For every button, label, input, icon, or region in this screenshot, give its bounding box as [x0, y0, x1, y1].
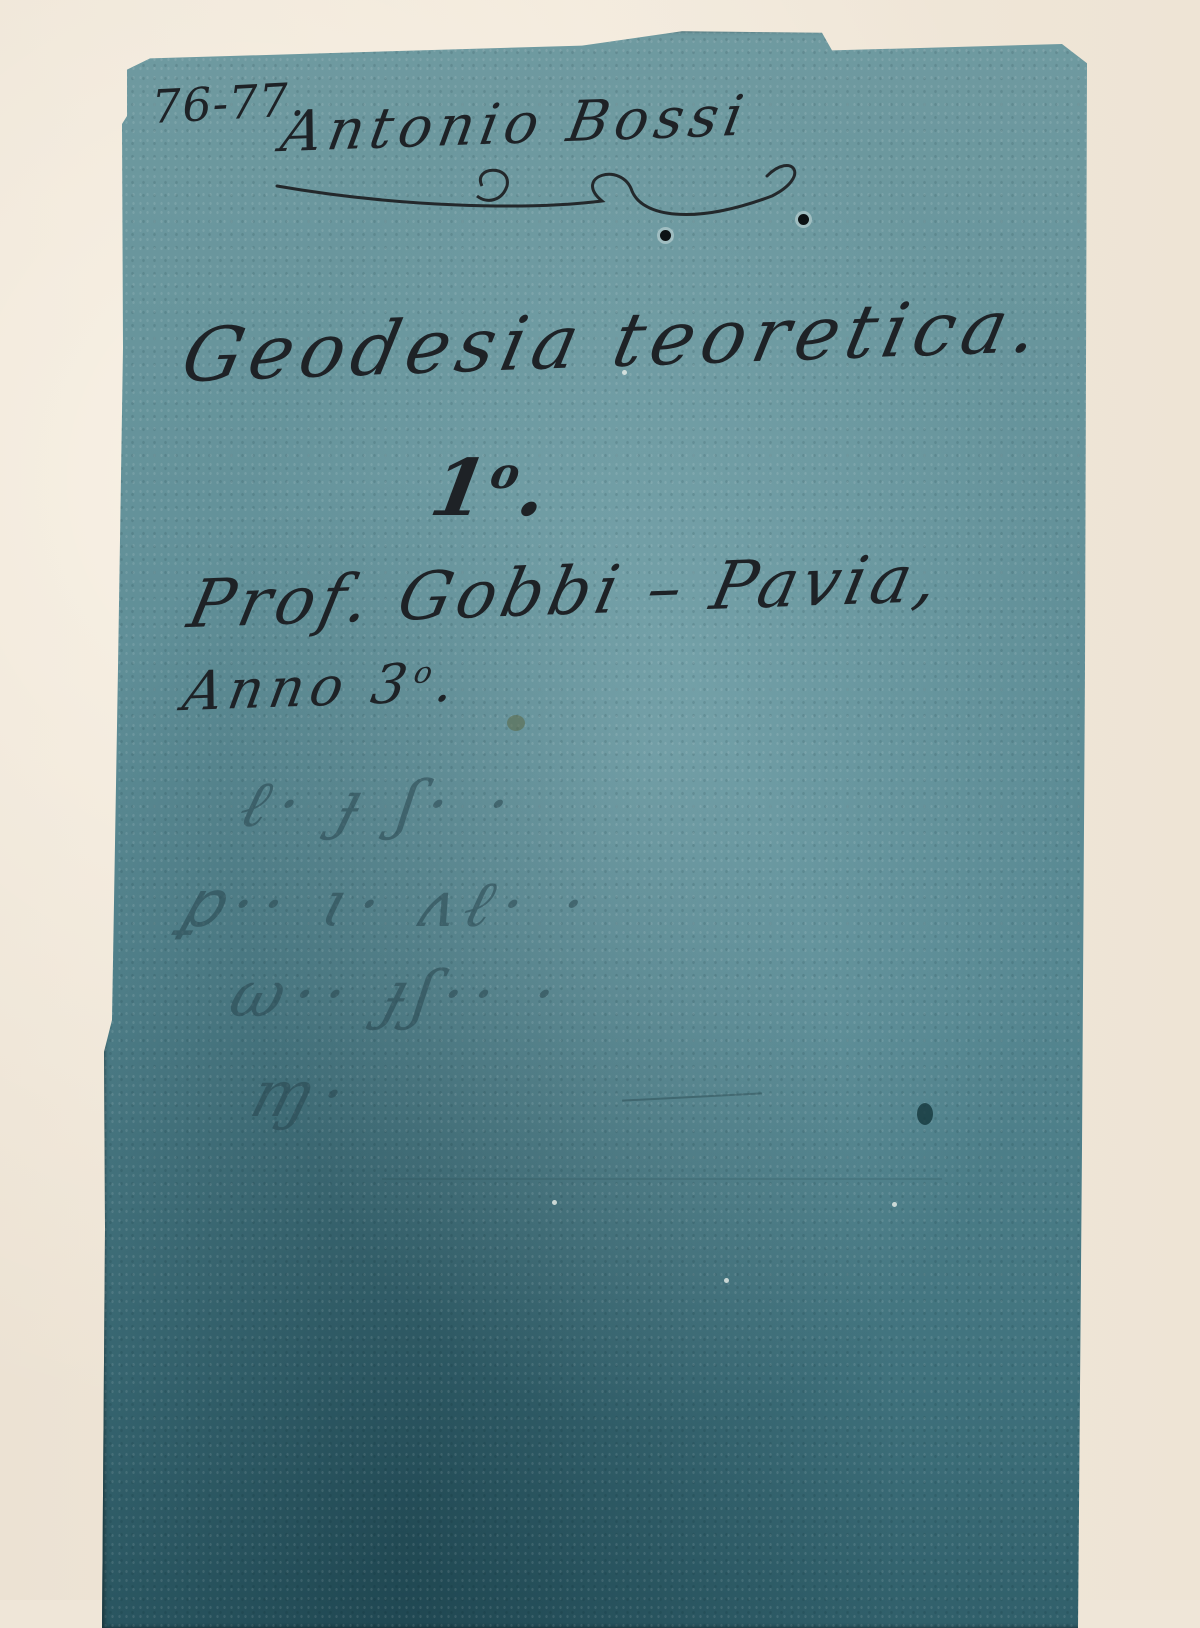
paper-speck [622, 370, 627, 375]
academic-year: Anno 3o. [178, 650, 465, 723]
signature-flourish-icon [272, 156, 802, 236]
paper-speck [724, 1278, 729, 1283]
ink-stain [917, 1103, 933, 1125]
faded-pencil-note: ɱ· [241, 1058, 363, 1132]
faded-pencil-note: ꝑ·· ɩ· ʌℓ· · [171, 868, 604, 942]
paper-speck [892, 1202, 897, 1207]
binding-hole [660, 230, 671, 241]
year-text: Anno 3 [178, 652, 418, 723]
binding-hole [798, 214, 809, 225]
paper-speck [552, 1200, 557, 1205]
pencil-underline [382, 1178, 942, 1180]
notebook-cover: 76-77. Antonio Bossi Geodesia teoretica.… [102, 28, 1102, 1600]
volume-number: 1o. [424, 443, 556, 534]
faded-pencil-note: ω·· ɟʃ·· · [221, 958, 574, 1032]
faded-pencil-note: ℓ· ɟ ʃ· · [231, 768, 528, 842]
ink-stain [507, 715, 525, 731]
